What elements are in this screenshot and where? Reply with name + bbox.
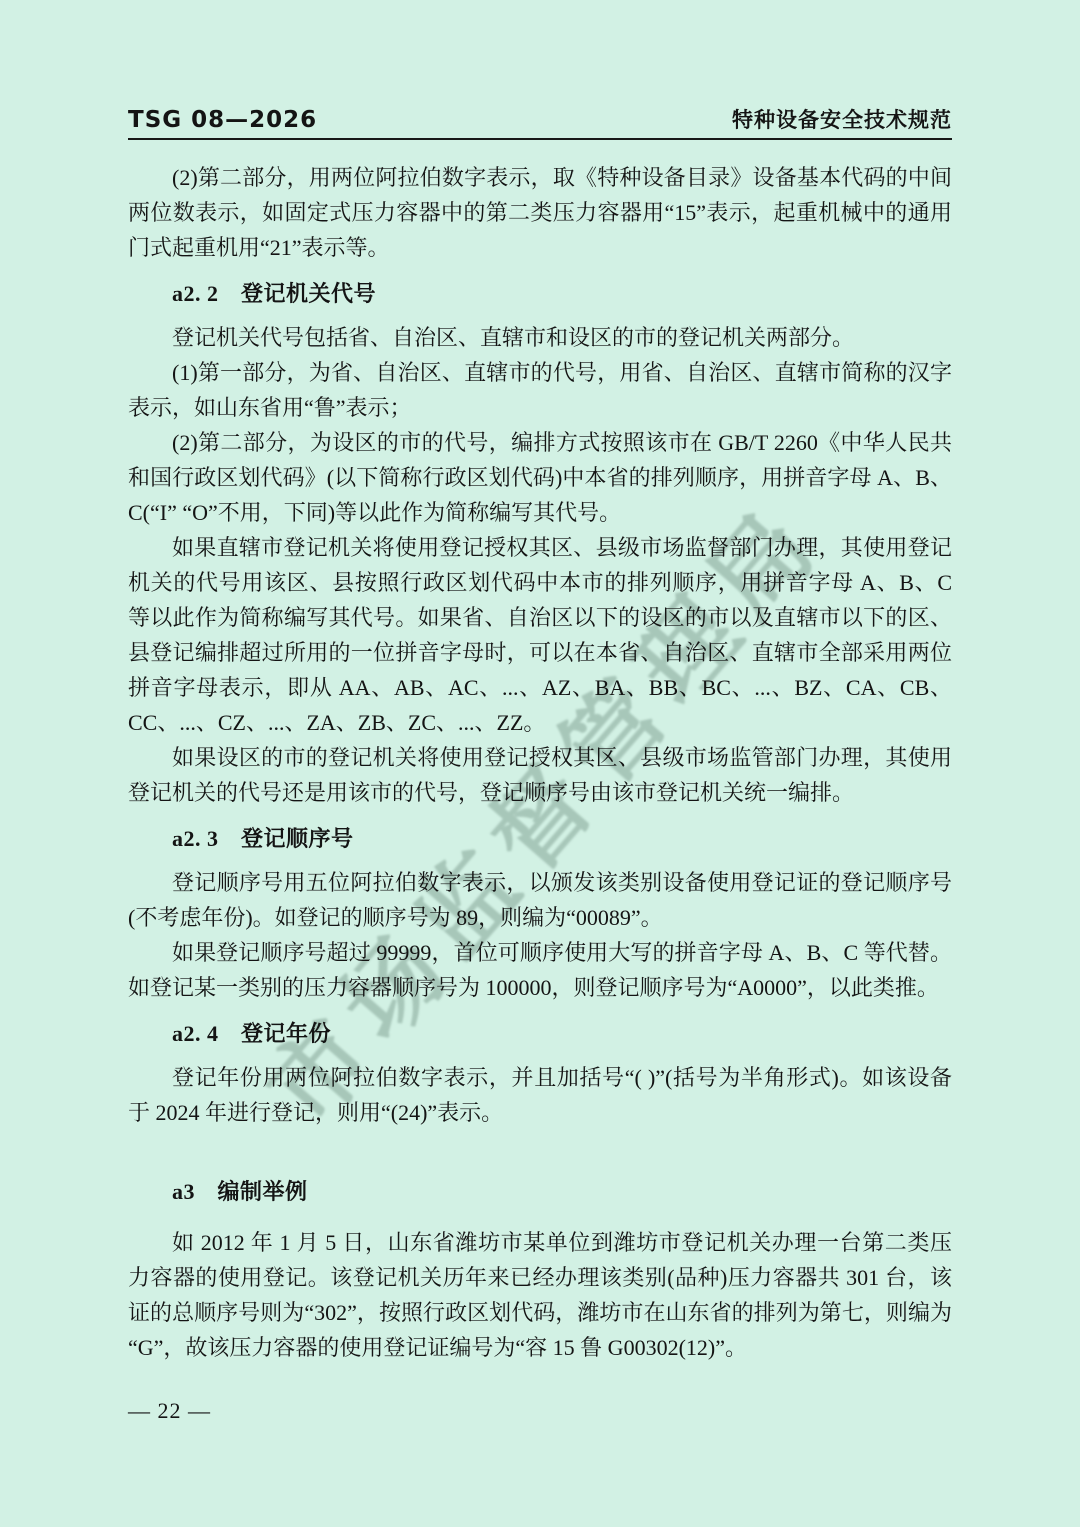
- document-page: TSG 08—2026 特种设备安全技术规范 市场监督管理局 (2)第二部分，用…: [0, 0, 1080, 1527]
- paragraph: (1)第一部分，为省、自治区、直辖市的代号，用省、自治区、直辖市简称的汉字表示，…: [128, 355, 952, 425]
- paragraph: 如 2012 年 1 月 5 日，山东省潍坊市某单位到潍坊市登记机关办理一台第二…: [128, 1225, 952, 1365]
- document-title: 特种设备安全技术规范: [732, 104, 952, 134]
- page-number: — 22 —: [128, 1398, 211, 1424]
- paragraph: (2)第二部分，用两位阿拉伯数字表示，取《特种设备目录》设备基本代码的中间两位数…: [128, 160, 952, 265]
- paragraph: 如果直辖市登记机关将使用登记授权其区、县级市场监督部门办理，其使用登记机关的代号…: [128, 530, 952, 740]
- paragraph: 如果登记顺序号超过 99999，首位可顺序使用大写的拼音字母 A、B、C 等代替…: [128, 935, 952, 1005]
- document-code: TSG 08—2026: [128, 107, 317, 133]
- paragraph: (2)第二部分，为设区的市的代号，编排方式按照该市在 GB/T 2260《中华人…: [128, 425, 952, 530]
- header-rule: [128, 138, 952, 140]
- page-header: TSG 08—2026 特种设备安全技术规范: [128, 104, 952, 134]
- section-heading: a2. 2 登记机关代号: [128, 276, 952, 311]
- section-heading: a2. 3 登记顺序号: [128, 821, 952, 856]
- document-body: (2)第二部分，用两位阿拉伯数字表示，取《特种设备目录》设备基本代码的中间两位数…: [128, 160, 952, 1365]
- section-heading: a3 编制举例: [128, 1174, 952, 1209]
- paragraph: 如果设区的市的登记机关将使用登记授权其区、县级市场监管部门办理，其使用登记机关的…: [128, 740, 952, 810]
- paragraph: 登记顺序号用五位阿拉伯数字表示，以颁发该类别设备使用登记证的登记顺序号(不考虑年…: [128, 865, 952, 935]
- paragraph: 登记年份用两位阿拉伯数字表示，并且加括号“( )”(括号为半角形式)。如该设备于…: [128, 1060, 952, 1130]
- section-heading: a2. 4 登记年份: [128, 1016, 952, 1051]
- paragraph: 登记机关代号包括省、自治区、直辖市和设区的市的登记机关两部分。: [128, 320, 952, 355]
